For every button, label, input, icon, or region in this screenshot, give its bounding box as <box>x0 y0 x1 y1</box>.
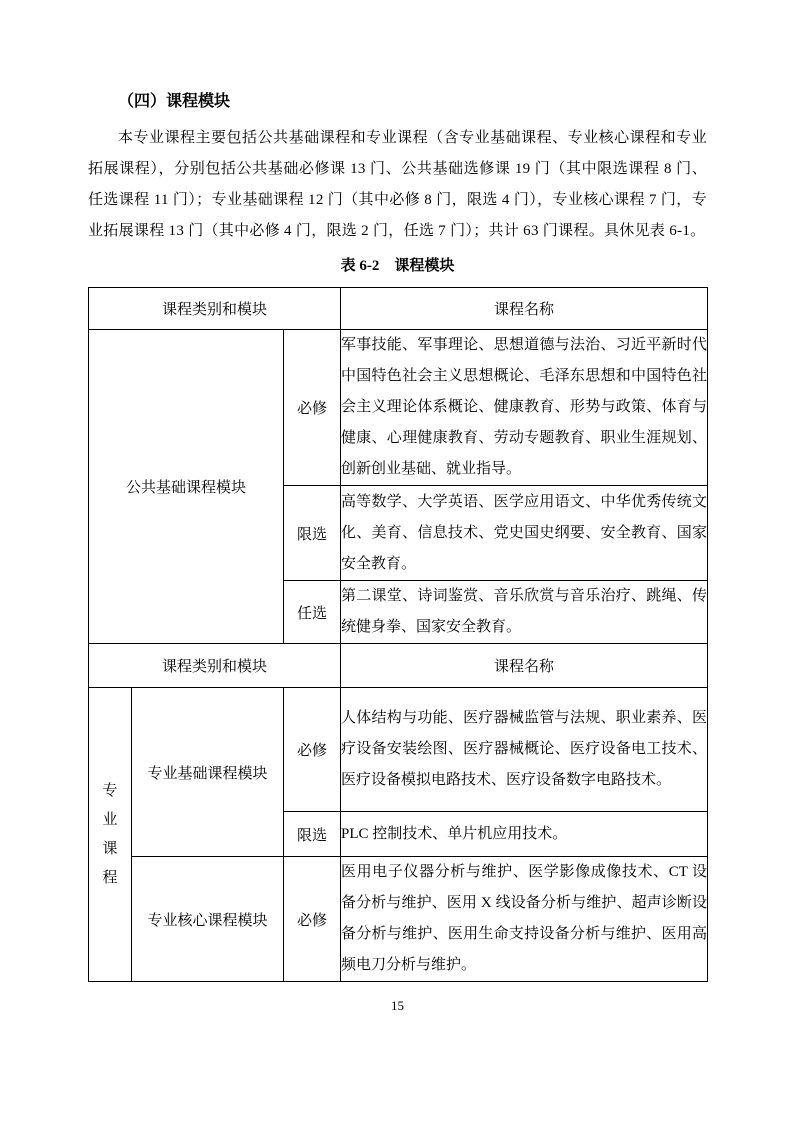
intro-paragraph: 本专业课程主要包括公共基础课程和专业课程（含专业基础课程、专业核心课程和专业拓展… <box>88 123 707 247</box>
header-cell-category: 课程类别和模块 <box>89 288 341 330</box>
type-cell-pro-limited: 限选 <box>284 812 341 857</box>
courses-cell-public-limited: 高等数学、大学英语、医学应用语文、中华优秀传统文化、美育、信息技术、党史国史纲要… <box>341 486 708 581</box>
table-header-row-2: 课程类别和模块 课程名称 <box>89 644 708 688</box>
group-cell-professional-courses: 专业课程 <box>89 688 132 982</box>
type-cell-pro-required: 必修 <box>284 688 341 812</box>
row-professional-basic-required: 专业课程 专业基础课程模块 必修 人体结构与功能、医疗器械监管与法规、职业素养、… <box>89 688 708 812</box>
module-cell-professional-basic: 专业基础课程模块 <box>132 688 284 857</box>
table-header-row-1: 课程类别和模块 课程名称 <box>89 288 708 330</box>
table-title: 表 6-2 课程模块 <box>88 257 707 275</box>
courses-cell-pro-basic-required: 人体结构与功能、医疗器械监管与法规、职业素养、医疗设备安装绘图、医疗器械概论、医… <box>341 688 708 812</box>
courses-cell-pro-basic-limited: PLC 控制技术、单片机应用技术。 <box>341 812 708 857</box>
module-cell-professional-core: 专业核心课程模块 <box>132 857 284 982</box>
course-table: 课程类别和模块 课程名称 公共基础课程模块 必修 军事技能、军事理论、思想道德与… <box>88 287 708 982</box>
header-cell-course-name-2: 课程名称 <box>341 644 708 688</box>
type-cell-limited: 限选 <box>284 486 341 581</box>
row-public-required: 公共基础课程模块 必修 军事技能、军事理论、思想道德与法治、习近平新时代中国特色… <box>89 330 708 486</box>
row-professional-core-required: 专业核心课程模块 必修 医用电子仪器分析与维护、医学影像成像技术、CT 设备分析… <box>89 857 708 982</box>
courses-cell-public-required: 军事技能、军事理论、思想道德与法治、习近平新时代中国特色社会主义思想概论、毛泽东… <box>341 330 708 486</box>
section-heading: （四）课程模块 <box>118 93 707 110</box>
header-cell-category-2: 课程类别和模块 <box>89 644 341 688</box>
document-page: （四）课程模块 本专业课程主要包括公共基础课程和专业课程（含专业基础课程、专业核… <box>0 0 793 1122</box>
courses-cell-public-elective: 第二课堂、诗词鉴赏、音乐欣赏与音乐治疗、跳绳、传统健身拳、国家安全教育。 <box>341 581 708 644</box>
page-number: 15 <box>88 998 707 1014</box>
type-cell-core-required: 必修 <box>284 857 341 982</box>
courses-cell-pro-core-required: 医用电子仪器分析与维护、医学影像成像技术、CT 设备分析与维护、医用 X 线设备… <box>341 857 708 982</box>
header-cell-course-name: 课程名称 <box>341 288 708 330</box>
type-cell-elective: 任选 <box>284 581 341 644</box>
module-cell-public-basic: 公共基础课程模块 <box>89 330 284 644</box>
type-cell-required: 必修 <box>284 330 341 486</box>
vertical-group-label: 专业课程 <box>102 777 118 893</box>
